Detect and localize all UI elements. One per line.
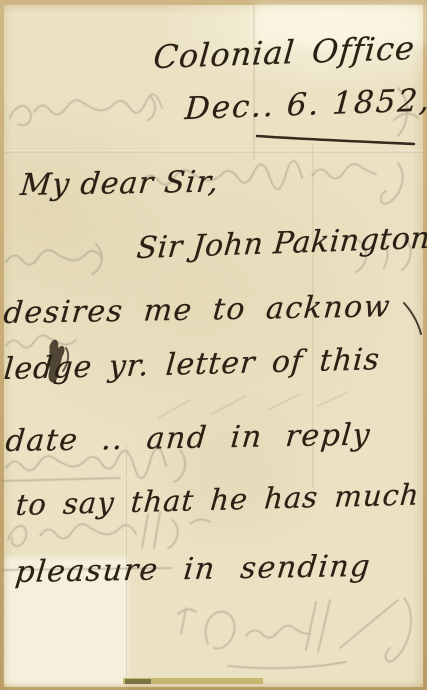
paper-stain	[124, 385, 344, 565]
horizontal-fold-crease	[4, 150, 423, 153]
letterhead-date: Dec.. 6. 1852,	[184, 85, 427, 125]
letterhead-office: Colonial Office	[152, 32, 416, 73]
letter-photo: Colonial Office Dec.. 6. 1852, My dear S…	[0, 0, 427, 690]
body-line: pleasure in sending	[14, 552, 373, 588]
body-line: date .. and in reply	[4, 421, 372, 457]
vertical-fold-crease-top	[253, 5, 255, 160]
salutation: My dear Sir,	[19, 168, 221, 202]
body-line: desires me to acknow	[2, 292, 392, 329]
